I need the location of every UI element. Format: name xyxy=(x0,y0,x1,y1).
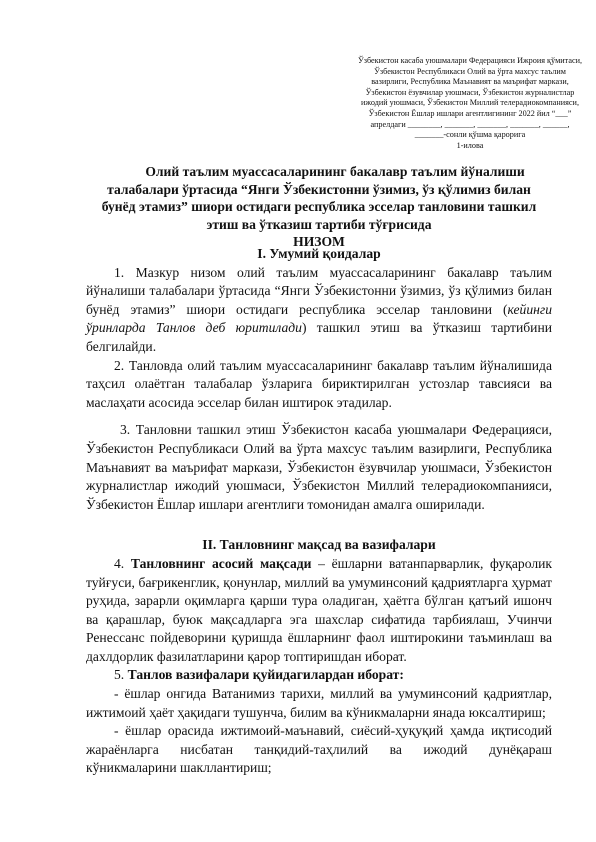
title-line: бунёд этамиз” шиори остидаги республика … xyxy=(86,198,552,216)
paragraph-number: 5. xyxy=(114,667,128,682)
document-title: Олий таълим муассасаларининг бакалавр та… xyxy=(86,163,552,251)
paragraph-3: 3. Танловни ташкил этиш Ўзбекистон касаб… xyxy=(86,421,552,514)
approval-line: Ўзбекистон Республикаси Олий ва ўрта мах… xyxy=(350,67,590,78)
approval-line: вазирлиги, Республика Маънавият ва маъри… xyxy=(350,77,590,88)
paragraph-4: 4. Танловнинг асосий мақсади – ёшларни в… xyxy=(86,555,552,667)
paragraph-text: 1. Мазкур низом олий таълим муассасалари… xyxy=(86,265,552,317)
list-item: - ёшлар орасида ижтимоий-маънавий, сиёси… xyxy=(86,722,552,778)
paragraph-1: 1. Мазкур низом олий таълим муассасалари… xyxy=(86,264,552,357)
title-line: Олий таълим муассасаларининг бакалавр та… xyxy=(86,163,552,181)
document-body: I. Умумий қоидалар 1. Мазкур низом олий … xyxy=(86,245,552,778)
paragraph-2: 2. Танловда олий таълим муассасаларининг… xyxy=(86,357,552,413)
paragraph-number: 4. xyxy=(114,556,131,571)
paragraph-5: 5. Танлов вазифалари қуйидагилардан ибор… xyxy=(86,666,552,685)
approval-line: Ўзбекистон касаба уюшмалари Федерацияси … xyxy=(350,56,590,67)
section-heading-2: II. Танловнинг мақсад ва вазифалари xyxy=(86,536,552,555)
approval-stamp: Ўзбекистон касаба уюшмалари Федерацияси … xyxy=(350,56,590,151)
approval-line: Ўзбекистон ёзувчилар уюшмаси, Ўзбекистон… xyxy=(350,88,590,99)
title-line: талабалари ўртасида “Янги Ўзбекистонни ў… xyxy=(86,181,552,199)
approval-line: _______-сонли қўшма қарорига xyxy=(350,130,590,141)
section-heading-1: I. Умумий қоидалар xyxy=(86,245,552,264)
paragraph-text: – ёшларни ватанпарварлик, фуқаролик туйғ… xyxy=(86,556,552,664)
approval-line: Ўзбекистон Ёшлар ишлари агентлигининг 20… xyxy=(350,109,590,120)
paragraph-bold: Танлов вазифалари қуйидагилардан иборат: xyxy=(128,667,404,682)
approval-line: 1-илова xyxy=(350,141,590,152)
title-line: этиш ва ўтказиш тартиби тўғрисида xyxy=(86,216,552,234)
list-item: - ёшлар онгида Ватанимиз тарихи, миллий … xyxy=(86,685,552,722)
paragraph-bold: Танловнинг асосий мақсади xyxy=(131,556,312,571)
approval-line: ижодий уюшмаси, Ўзбекистон Миллий телера… xyxy=(350,98,590,109)
approval-line: апрелдаги ________, _______, _______, __… xyxy=(350,120,590,131)
